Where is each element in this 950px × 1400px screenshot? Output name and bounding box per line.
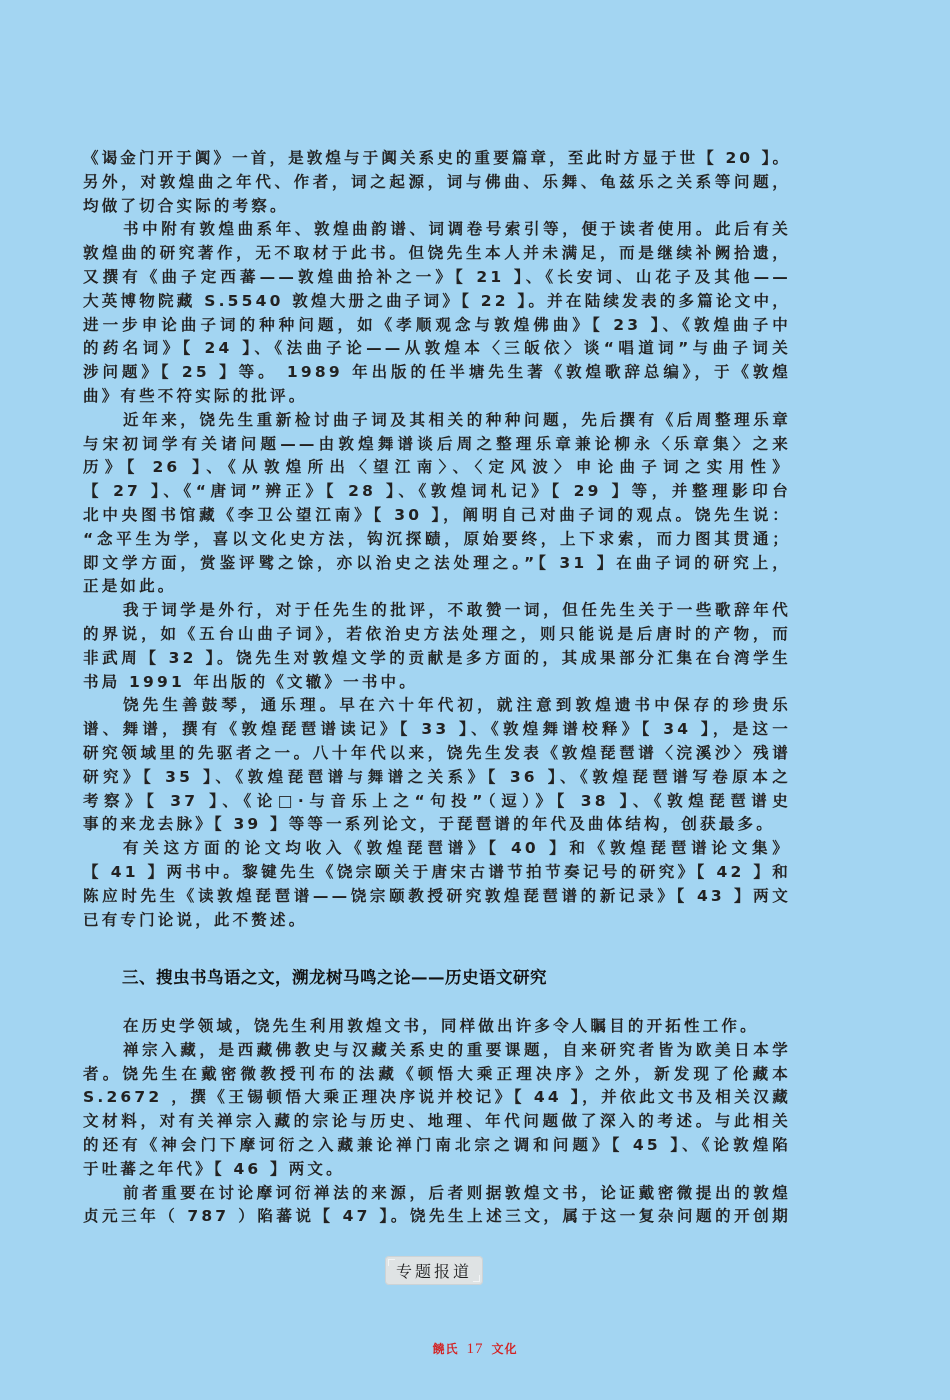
text-line: 贞元三年（ 787 ）陷蕃说【 47 】。饶先生上述三文，属于这一复杂问题的开创… bbox=[83, 1205, 791, 1229]
text-line: 谱、舞谱，撰有《敦煌琵琶谱读记》【 33 】、《敦煌舞谱校释》【 34 】，是这… bbox=[83, 718, 791, 742]
body-text-section-b: 在历史学领域，饶先生利用敦煌文书，同样做出许多令人瞩目的开拓性工作。禅宗入藏，是… bbox=[83, 1015, 791, 1229]
column-tag: 专题报道 bbox=[385, 1256, 483, 1285]
body-text-section-a: 《谒金门开于阗》一首，是敦煌与于阗关系史的重要篇章，至此时方显于世【 20 】。… bbox=[83, 147, 791, 932]
footer-publication-left: 饒氏 bbox=[432, 1342, 458, 1356]
page-number: 17 bbox=[467, 1341, 484, 1357]
text-line: 大英博物院藏 S.5540 敦煌大册之曲子词》【 22 】。并在陆续发表的多篇论… bbox=[83, 290, 791, 314]
text-line: 者。饶先生在戴密微教授刊布的法藏《顿悟大乘正理决序》之外，新发现了伦藏本 bbox=[83, 1063, 791, 1087]
text-line: 文材料，对有关禅宗入藏的宗论与历史、地理、年代问题做了深入的考述。与此相关 bbox=[83, 1110, 791, 1134]
text-line: 于吐蕃之年代》【 46 】两文。 bbox=[83, 1158, 791, 1182]
text-line: 均做了切合实际的考察。 bbox=[83, 195, 791, 219]
text-line: S.2672 ，撰《王锡顿悟大乘正理决序说并校记》【 44 】，并依此文书及相关… bbox=[83, 1086, 791, 1110]
page-footer: 饒氏17文化 bbox=[0, 1340, 950, 1358]
text-line: 饶先生善鼓琴，通乐理。早在六十年代初，就注意到敦煌遗书中保存的珍贵乐 bbox=[83, 694, 791, 718]
text-line: 研究领域里的先驱者之一。八十年代以来，饶先生发表《敦煌琵琶谱〈浣溪沙〉残谱 bbox=[83, 742, 791, 766]
text-line: 前者重要在讨论摩诃衍禅法的来源，后者则据敦煌文书，论证戴密微提出的敦煌 bbox=[83, 1182, 791, 1206]
text-line: 近年来，饶先生重新检讨曲子词及其相关的种种问题，先后撰有《后周整理乐章 bbox=[83, 409, 791, 433]
text-line: “念平生为学，喜以文化史方法，钩沉探赜，原始要终，上下求索，而力图其贯通； bbox=[83, 528, 791, 552]
text-line: 书局 1991 年出版的《文辙》一书中。 bbox=[83, 671, 791, 695]
text-line: 陈应时先生《读敦煌琵琶谱——饶宗颐教授研究敦煌琵琶谱的新记录》【 43 】两文 bbox=[83, 885, 791, 909]
text-line: 禅宗入藏，是西藏佛教史与汉藏关系史的重要课题，自来研究者皆为欧美日本学 bbox=[83, 1039, 791, 1063]
text-line: 在历史学领域，饶先生利用敦煌文书，同样做出许多令人瞩目的开拓性工作。 bbox=[83, 1015, 791, 1039]
text-line: 已有专门论说，此不赘述。 bbox=[83, 909, 791, 933]
text-line: 的界说，如《五台山曲子词》，若依治史方法处理之，则只能说是后唐时的产物，而 bbox=[83, 623, 791, 647]
text-line: 《谒金门开于阗》一首，是敦煌与于阗关系史的重要篇章，至此时方显于世【 20 】。 bbox=[83, 147, 791, 171]
text-line: 北中央图书馆藏《李卫公望江南》【 30 】，阐明自己对曲子词的观点。饶先生说： bbox=[83, 504, 791, 528]
text-line: 事的来龙去脉》【 39 】等等一系列论文，于琵琶谱的年代及曲体结构，创获最多。 bbox=[83, 813, 791, 837]
text-line: 书中附有敦煌曲系年、敦煌曲韵谱、词调卷号索引等，便于读者使用。此后有关 bbox=[83, 218, 791, 242]
text-line: 曲》有些不符实际的批评。 bbox=[83, 385, 791, 409]
text-line: 【 27 】、《“唐词”辨正》【 28 】、《敦煌词札记》【 29 】等，并整理… bbox=[83, 480, 791, 504]
text-line: 非武周【 32 】。饶先生对敦煌文学的贡献是多方面的，其成果部分汇集在台湾学生 bbox=[83, 647, 791, 671]
text-line: 【 41 】两书中。黎键先生《饶宗颐关于唐宋古谱节拍节奏记号的研究》【 42 】… bbox=[83, 861, 791, 885]
text-line: 涉问题》【 25 】等。 1989 年出版的任半塘先生著《敦煌歌辞总编》，于《敦… bbox=[83, 361, 791, 385]
text-line: 敦煌曲的研究著作，无不取材于此书。但饶先生本人并未满足，而是继续补阙拾遗， bbox=[83, 242, 791, 266]
text-line: 考察》【 37 】、《论□·与音乐上之“句投”（逗）》【 38 】、《敦煌琵琶谱… bbox=[83, 790, 791, 814]
text-line: 的药名词》【 24 】、《法曲子论——从敦煌本〈三皈依〉谈“唱道词”与曲子词关 bbox=[83, 337, 791, 361]
text-line: 正是如此。 bbox=[83, 575, 791, 599]
text-line: 有关这方面的论文均收入《敦煌琵琶谱》【 40 】和《敦煌琵琶谱论文集》 bbox=[83, 837, 791, 861]
text-line: 研究》【 35 】、《敦煌琵琶谱与舞谱之关系》【 36 】、《敦煌琵琶谱写卷原本… bbox=[83, 766, 791, 790]
text-line: 我于词学是外行，对于任先生的批评，不敢赞一词，但任先生关于一些歌辞年代 bbox=[83, 599, 791, 623]
text-line: 即文学方面，赏鉴评骘之馀，亦以治史之法处理之。”【 31 】在曲子词的研究上， bbox=[83, 552, 791, 576]
text-line: 的还有《神会门下摩诃衍之入藏兼论禅门南北宗之调和问题》【 45 】、《论敦煌陷 bbox=[83, 1134, 791, 1158]
section-heading: 三、搜虫书鸟语之文，溯龙树马鸣之论——历史语文研究 bbox=[122, 964, 547, 988]
text-line: 另外，对敦煌曲之年代、作者，词之起源，词与佛曲、乐舞、龟兹乐之关系等问题， bbox=[83, 171, 791, 195]
footer-publication-right: 文化 bbox=[492, 1342, 518, 1356]
text-line: 又撰有《曲子定西蕃——敦煌曲拾补之一》【 21 】、《长安词、山花子及其他—— bbox=[83, 266, 791, 290]
text-line: 历》【 26 】、《从敦煌所出〈望江南〉、〈定风波〉申论曲子词之实用性》 bbox=[83, 456, 791, 480]
text-line: 与宋初词学有关诸问题——由敦煌舞谱谈后周之整理乐章兼论柳永〈乐章集〉之来 bbox=[83, 433, 791, 457]
magazine-page: 《谒金门开于阗》一首，是敦煌与于阗关系史的重要篇章，至此时方显于世【 20 】。… bbox=[0, 0, 950, 1400]
text-line: 进一步申论曲子词的种种问题，如《孝顺观念与敦煌佛曲》【 23 】、《敦煌曲子中 bbox=[83, 314, 791, 338]
